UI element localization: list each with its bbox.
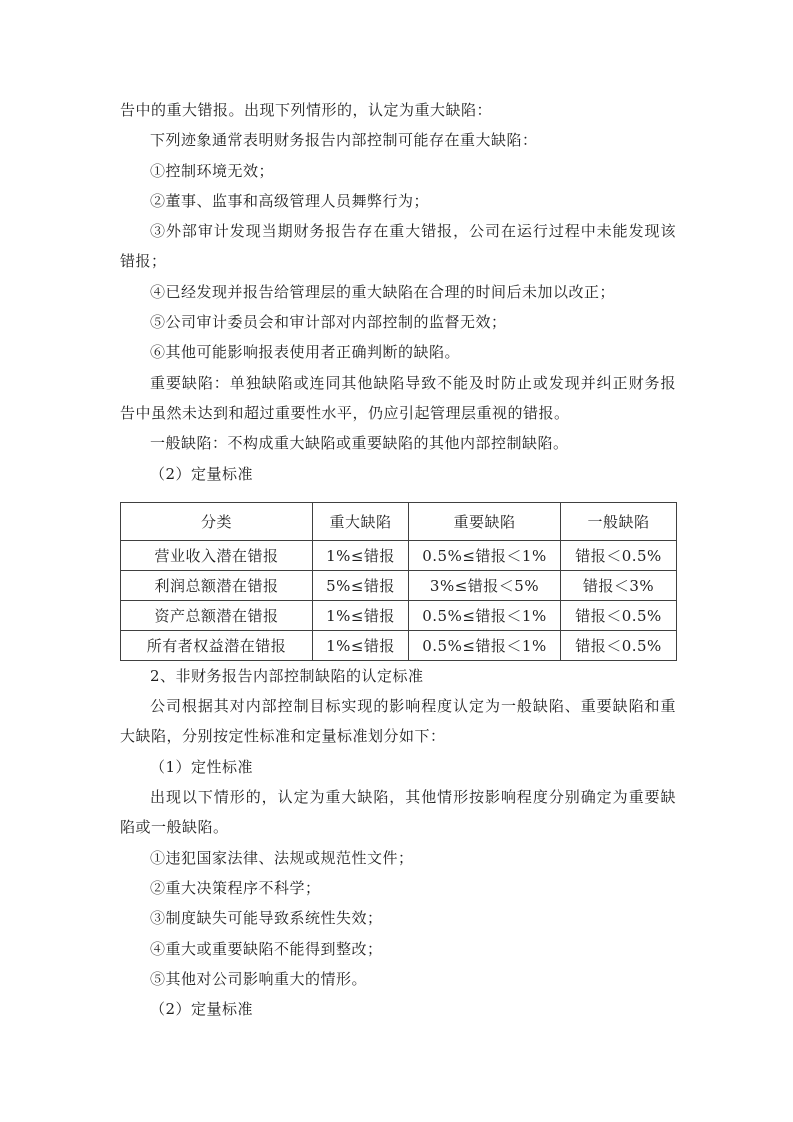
subsection-heading-qualitative: （1）定性标准 (120, 752, 676, 782)
table-cell: 错报＜0.5% (561, 540, 677, 570)
paragraph: ⑥其他可能影响报表使用者正确判断的缺陷。 (120, 337, 676, 367)
paragraph: 出现以下情形的，认定为重大缺陷，其他情形按影响程度分别确定为重要缺陷或一般缺陷。 (120, 782, 676, 843)
section-heading-nonfinancial: 2、非财务报告内部控制缺陷的认定标准 (120, 661, 676, 691)
table-row: 所有者权益潜在错报 1%≤错报 0.5%≤错报＜1% 错报＜0.5% (121, 630, 677, 660)
paragraph: ⑤公司审计委员会和审计部对内部控制的监督无效； (120, 307, 676, 337)
table-cell: 营业收入潜在错报 (121, 540, 313, 570)
table-cell: 0.5%≤错报＜1% (409, 630, 561, 660)
paragraph: ③制度缺失可能导致系统性失效； (120, 903, 676, 933)
table-row: 营业收入潜在错报 1%≤错报 0.5%≤错报＜1% 错报＜0.5% (121, 540, 677, 570)
table-cell: 0.5%≤错报＜1% (409, 600, 561, 630)
table-header-row: 分类 重大缺陷 重要缺陷 一般缺陷 (121, 502, 677, 540)
table-cell: 0.5%≤错报＜1% (409, 540, 561, 570)
table-header-cell: 重大缺陷 (313, 502, 409, 540)
subsection-heading-quantitative: （2）定量标准 (120, 459, 676, 489)
paragraph: ②重大决策程序不科学； (120, 873, 676, 903)
table-cell: 错报＜3% (561, 570, 677, 600)
table-cell: 错报＜0.5% (561, 600, 677, 630)
paragraph: 公司根据其对内部控制目标实现的影响程度认定为一般缺陷、重要缺陷和重大缺陷，分别按… (120, 691, 676, 752)
paragraph: ④重大或重要缺陷不能得到整改； (120, 934, 676, 964)
table-cell: 5%≤错报 (313, 570, 409, 600)
paragraph: ①违犯国家法律、法规或规范性文件； (120, 843, 676, 873)
table-row: 资产总额潜在错报 1%≤错报 0.5%≤错报＜1% 错报＜0.5% (121, 600, 677, 630)
table-cell: 利润总额潜在错报 (121, 570, 313, 600)
table-cell: 1%≤错报 (313, 540, 409, 570)
paragraph: 一般缺陷：不构成重大缺陷或重要缺陷的其他内部控制缺陷。 (120, 428, 676, 458)
table-row: 利润总额潜在错报 5%≤错报 3%≤错报＜5% 错报＜3% (121, 570, 677, 600)
table-cell: 3%≤错报＜5% (409, 570, 561, 600)
table-cell: 1%≤错报 (313, 630, 409, 660)
quantitative-standards-table: 分类 重大缺陷 重要缺陷 一般缺陷 营业收入潜在错报 1%≤错报 0.5%≤错报… (120, 502, 677, 661)
table-cell: 资产总额潜在错报 (121, 600, 313, 630)
paragraph: ③外部审计发现当期财务报告存在重大错报，公司在运行过程中未能发现该错报； (120, 216, 676, 277)
table-cell: 1%≤错报 (313, 600, 409, 630)
paragraph: 告中的重大错报。出现下列情形的，认定为重大缺陷： (120, 95, 676, 125)
paragraph: 重要缺陷：单独缺陷或连同其他缺陷导致不能及时防止或发现并纠正财务报告中虽然未达到… (120, 368, 676, 429)
paragraph: ⑤其他对公司影响重大的情形。 (120, 964, 676, 994)
paragraph: ①控制环境无效； (120, 156, 676, 186)
paragraph: 下列迹象通常表明财务报告内部控制可能存在重大缺陷： (120, 125, 676, 155)
subsection-heading-quantitative-2: （2）定量标准 (120, 994, 676, 1024)
table-cell: 错报＜0.5% (561, 630, 677, 660)
paragraph: ②董事、监事和高级管理人员舞弊行为； (120, 186, 676, 216)
paragraph: ④已经发现并报告给管理层的重大缺陷在合理的时间后未加以改正； (120, 277, 676, 307)
table-header-cell: 分类 (121, 502, 313, 540)
table-cell: 所有者权益潜在错报 (121, 630, 313, 660)
table-header-cell: 一般缺陷 (561, 502, 677, 540)
table-header-cell: 重要缺陷 (409, 502, 561, 540)
document-page: 告中的重大错报。出现下列情形的，认定为重大缺陷： 下列迹象通常表明财务报告内部控… (0, 0, 793, 1122)
